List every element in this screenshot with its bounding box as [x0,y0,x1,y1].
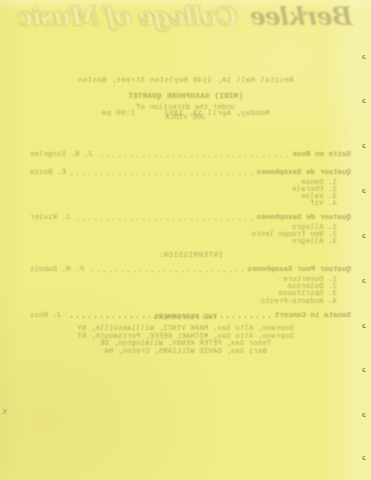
intermission-label: INTERMISSION: [30,252,351,260]
performers-block: THE PERFORMERS Soprano, Alto Sax, MARK V… [0,315,371,356]
piece-title: Quatuor Pour Saxophones [247,266,351,274]
piece-composer: J. B. Singelee [30,151,93,159]
movement-list: 1. Danse 2. Chorale 3. Valse 4. Vif [30,180,337,209]
piece-composer: E. Bozza [30,169,66,177]
movement: 1. Danse [30,180,337,187]
movement: 2. Chorale [30,187,337,194]
program-piece: Quatuor Pour Saxophones P. M. Dubois [30,266,351,274]
performers-heading: THE PERFORMERS [0,315,371,323]
berklee-logo: Berklee College of Music [0,2,371,31]
dot-leader [75,219,253,220]
dot-leader [88,271,243,272]
movement-list: 1. Ouverture 2. Doloroso 3. Spirituoso 4… [30,277,337,306]
ensemble-title: (MIDI) SAXOPHONE QUARTET [0,92,371,103]
piece-title: Quatuor de Saxophones [256,214,351,222]
dot-leader [70,174,252,175]
piece-composer: P. M. Dubois [30,266,84,274]
program-listing: Suite en Rose J. B. Singelee Quatuor de … [30,151,351,320]
movement: 4. Vif [30,201,337,208]
direction-subtitle: under the direction of [0,103,371,114]
movement: 2. Non troppo lento [30,232,337,239]
venue-address-line: Recital Hall 1A, 1140 Boylston Street, B… [0,76,371,87]
piece-title: Suite en Rose [292,151,351,159]
movement: 3. Allegro [30,239,337,246]
movement: 4. Andante-Presto [30,299,337,306]
piece-title: Quatuor de Saxophones [256,169,351,177]
scanned-program-page: Berklee College of Music Recital Hall 1A… [0,0,371,480]
dot-leader [97,156,288,157]
mirrored-showthrough-content: Berklee College of Music Recital Hall 1A… [0,0,371,480]
program-piece: Quatuor de Saxophones E. Bozza [30,169,351,177]
movement-list: 1. Allegro 2. Non troppo lento 3. Allegr… [30,225,337,247]
program-piece: Quatuor de Saxophones J. Rivier [30,214,351,222]
logo-college-of-music-text: College of Music [19,2,237,31]
performer-line: Bari Sax, DAVID WILLIAMS, Croton, MA [0,349,371,357]
program-piece: Suite en Rose J. B. Singelee [30,151,351,159]
movement: 3. Valse [30,194,337,201]
director-name: JOE VIOLA [0,113,371,124]
logo-berklee-text: Berklee [251,2,353,31]
concert-heading: (MIDI) SAXOPHONE QUARTET under the direc… [0,92,371,124]
piece-composer: J. Rivier [30,214,71,222]
